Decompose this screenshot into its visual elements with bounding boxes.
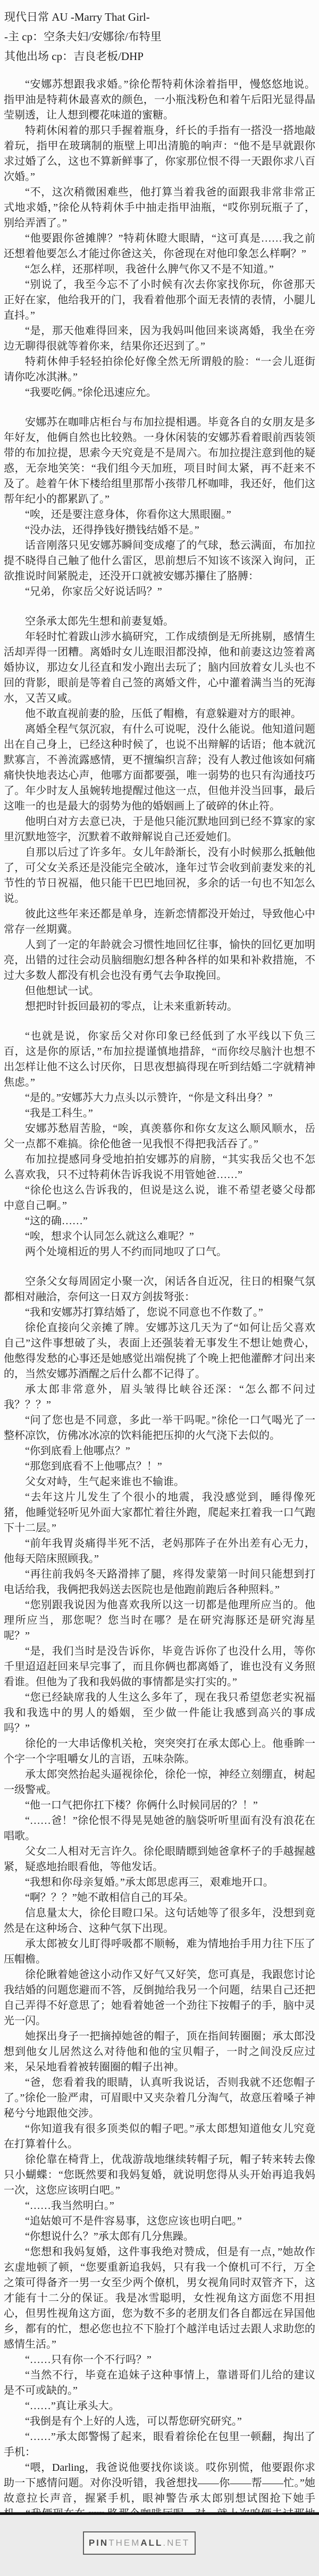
- story-paragraph: 空条父女每周固定小聚一次，闲话各自近况，往日的相聚气氛都相对融洽，奈何这一日双方…: [4, 1274, 315, 1305]
- story-paragraph: “你想说什么？”承太郎有几分焦躁。: [4, 2229, 315, 2245]
- story-paragraph: 承太郎被女儿盯得呼吸都不顺畅，难为情地抬手用力往下压了压帽檐。: [4, 1937, 315, 1967]
- story-paragraph: “……我当然明白。”: [4, 2198, 315, 2214]
- story-paragraph: “没办法，还得挣钱好攒钱结婚不是。”: [4, 523, 315, 538]
- story-paragraph: 彼此这些年来还都是单身，连新恋情都没开始过，导致他心中常存一丝期冀。: [4, 907, 315, 937]
- story-paragraph: 特莉休伸手轻轻拍徐伦好像全然无所谓般的脸：“一会儿逛街请你吃冰淇淋。”: [4, 354, 315, 385]
- story-paragraph: “是的。”安娜苏大力点头以示赞许，“你是文科出身？”: [4, 1090, 315, 1106]
- story-paragraph: 徐伦靠在椅背上，优哉游哉地继续转帽子玩，帽子转来转去像只小蝴蝶：“您既然要和我妈…: [4, 2152, 315, 2198]
- story-paragraph: “别说了，我至今忘不了小时候有次去你家找你玩，你爸那天正好在家，他给我开的门，我…: [4, 277, 315, 323]
- story-paragraph: “你到底看上他哪点？”: [4, 1444, 315, 1459]
- story-paragraph: “唉，想求个认同怎么就这么难呢？”: [4, 1229, 315, 1244]
- story-main-cp-line: -主 cp：空条夫妇/安娜徐/布特里: [4, 27, 315, 47]
- story-paragraph: “您别跟我说因为他喜欢我所以这一切都是他理所应当的。他理所应当，那您呢？您当时在…: [4, 1598, 315, 1644]
- story-paragraph: “也就是说，你家岳父对你印象已经低到了水平线以下负三百，这是你的原话，”布加拉提…: [4, 1029, 315, 1090]
- story-paragraph: 特莉休闲着的那只手握着瓶身，纤长的手指有一搭没一搭地敲着玩，指甲在玻璃制的瓶壁上…: [4, 123, 315, 185]
- story-paragraph: “……”承太郎警惕了起来，眼看着徐伦在包里一顿翻，掏出了手机：: [4, 2429, 315, 2460]
- story-paragraph: “他一口气把你扛下楼？你俩什么时候同居的？！”: [4, 1798, 315, 1813]
- story-paragraph: 安娜苏在咖啡店柜台与布加拉提相遇。毕竟各自的女朋友是多年好友，他俩自然也比较熟。…: [4, 415, 315, 507]
- story-paragraph: “不，这次稍微困难些，他打算当着我爸的面跟我非常非常正式地求婚，”徐伦从特莉休手…: [4, 185, 315, 231]
- story-paragraph: 自那以后过了许多年。女儿年龄渐长，没有小时候那么抵触他了，可父女关系还是没能完全…: [4, 845, 315, 907]
- logo-text-all: ALL: [140, 2538, 163, 2548]
- story-paragraph: “是，我们当时是没告诉你，毕竟告诉你了也没什么用，等你千里迢迢赶回来早完事了，而…: [4, 1644, 315, 1690]
- story-paragraph: “……只有你一个不行吗？”: [4, 2352, 315, 2368]
- story-paragraph: “怎么样，还那样呗，我爸什么脾气你又不是不知道。”: [4, 262, 315, 277]
- logo-text-them: THEM: [108, 2538, 140, 2548]
- story-paragraph: “安娜苏想跟我求婚。”徐伦帮特莉休涂着指甲，慢悠悠地说。指甲油是特莉休最喜欢的颜…: [4, 77, 315, 123]
- story-paragraph: 父女对峙，生气起来谁也不输谁。: [4, 1474, 315, 1490]
- story-paragraph: “兄弟，你家岳父好说话吗？”: [4, 584, 315, 600]
- story-paragraph: “啊？？？”她不敢相信自己的耳朵。: [4, 1890, 315, 1906]
- story-paragraph: 信息量太大，徐伦目瞪口呆。这句话她等了很多年，没想到竟然是在这种场合、这种气氛下…: [4, 1906, 315, 1937]
- story-paragraph: “当然不行，毕竟在追妹子这种事情上，靠谱哥们儿给的建议是不可或缺的。”: [4, 2368, 315, 2399]
- section-break: [4, 1260, 315, 1274]
- story-paragraph: 两个处境相近的男人不约而同地叹了口气。: [4, 1244, 315, 1260]
- story-paragraph: “喂，Darling，我爸说他要找你谈谈。哎你别慌，他要跟你求助一下感情问题。对…: [4, 2460, 315, 2512]
- story-paragraph: “那您到底看不上他哪点？！”: [4, 1459, 315, 1474]
- story-paragraph: 但他想试一试。: [4, 984, 315, 999]
- story-paragraph: “是，那天他难得回来，因为我妈叫他回来谈离婚，我坐在旁边无聊得很就等着你来，结果…: [4, 323, 315, 354]
- story-paragraph: 徐伦的一大串话像机关枪，突突突打在承太郎心上。他垂眸一个字一个字咀嚼女儿的言语，…: [4, 1736, 315, 1767]
- document-page: 现代日常 AU -Marry That Girl- -主 cp：空条夫妇/安娜徐…: [0, 0, 319, 2576]
- story-paragraph: “……爸！”徐伦恨不得晃晃她爸的脑袋听听里面有没有浪花在唱歌。: [4, 1813, 315, 1844]
- story-paragraph: 想把时针扳回最初的零点，让未来重新转动。: [4, 999, 315, 1014]
- story-paragraph: 话音刚落只见安娜苏瞬间变成瘪了的气球，愁云满面，布加拉提不晓得自己触了他什么雷区…: [4, 538, 315, 584]
- story-paragraph: 空条承太郎先生想和前妻复婚。: [4, 614, 315, 629]
- logo-text-pin: PIN: [89, 2538, 108, 2548]
- story-paragraph: “我和安娜苏打算结婚了，您说不同意也不作数了。”: [4, 1305, 315, 1320]
- story-paragraph: 他明白对方去意已决，于是他只能沉默地回到已经不算家的家里沉默地签字，沉默着不敢辩…: [4, 814, 315, 845]
- story-paragraph: 年轻时忙着跋山涉水搞研究，工作成绩倒是无所挑剔，感情生活却弄得一团糟。离婚时女儿…: [4, 629, 315, 706]
- logo-text-net: .NET: [163, 2538, 190, 2548]
- story-paragraph: 人到了一定的年龄就会习惯性地回忆往事，愉快的回忆更加明亮，出错的过往会动员脑细胞…: [4, 937, 315, 984]
- story-other-cp-line: 其他出场 cp：吉良老板/DHP: [4, 47, 315, 66]
- story-paragraph: “再往前我妈冬天路滑摔了腿，疼得发蒙第一时间只能想到打电话给我，我俩把我妈送去医…: [4, 1567, 315, 1598]
- story-paragraph: 徐伦直接向父亲摊了牌。安娜苏这几天为了“如何让岳父喜欢自己”这件事想破了头，表面…: [4, 1320, 315, 1382]
- section-break: [4, 1014, 315, 1029]
- story-paragraph: 离婚全程气氛沉寂，有什么可说呢，没什么能说。他知道问题出在自己身上，已经这种时候…: [4, 722, 315, 814]
- story-paragraph: 父女二人相对无言许久。徐伦眼睛瞟到她爸拿杯子的手越握越紧，疑惑地抬眼看他，等他发…: [4, 1844, 315, 1875]
- story-title: 现代日常 AU -Marry That Girl-: [4, 7, 315, 27]
- pinthemall-watermark-logo[interactable]: PINTHEMALL.NET: [83, 2531, 196, 2555]
- story-paragraph: “追姑娘可不是件容易事，这您应该也明白吧。”: [4, 2214, 315, 2229]
- story-paragraph: “我是工科生。”: [4, 1106, 315, 1121]
- section-break: [4, 400, 315, 415]
- story-paragraph: “唉，还是要注意身体，你看你这大黑眼圈。”: [4, 507, 315, 523]
- story-paragraph: 安娜苏愁眉苦脸，“唉，真羡慕你和你女友这么顺风顺水，岳父一点都不难搞。徐伦他爸一…: [4, 1121, 315, 1152]
- story-paragraph: “你知道我有很多顶类似的帽子吧。”承太郎想知道他女儿究竟在打算着什么。: [4, 2121, 315, 2152]
- section-break: [4, 600, 315, 614]
- story-paragraph: “徐伦也这么告诉我的，但说是这么说，谁不希望老婆父母都中意自己啊。”: [4, 1183, 315, 1214]
- story-paragraph: “去年这片儿发生了个很小的地震，我没感觉到，睡得像死猪，他睡觉轻听见外面大家都忙…: [4, 1490, 315, 1536]
- story-paragraph: 承太郎突然抬起头逼视徐伦，徐伦一惊，神经立刻绷直，树起一级警戒。: [4, 1767, 315, 1798]
- story-paragraph: “您想和我妈复婚，这件事我绝对赞成，但是有一点，”她故作玄虚地顿了顿，“您要重新…: [4, 2245, 315, 2352]
- story-paragraph: 她探出身子一把摘掉她爸的帽子，顶在指间转圈圈；承太郎没想到他女儿居然这么对待他和…: [4, 2029, 315, 2075]
- story-paragraph: 他不敢直视前妻的脸，压低了帽檐，有意躲避对方的眼神。: [4, 706, 315, 722]
- story-paragraph: “爸，您看着我的眼睛，认真听我说话，否则我就不还您帽子了。”徐伦一脸严肃，可眉眼…: [4, 2075, 315, 2121]
- story-paragraph: “问了您也是不同意，多此一举干吗呢。”徐伦一口气喝光了一整杯凉饮，仿佛冰冰凉的饮…: [4, 1413, 315, 1444]
- story-paragraph: “我倒是有个上好的人选，可以帮您研究研究。”: [4, 2414, 315, 2429]
- story-paragraph: “这的确……”: [4, 1214, 315, 1229]
- story-paragraph: “前年我胃炎痛得半死不活，老妈那阵子在外出差有心无力，他每天陪床照顾我。”: [4, 1536, 315, 1567]
- story-paragraph: 布加拉提感同身受地拍拍安娜苏的肩膀，“其实我岳父也不怎么喜欢我，只不过特莉休告诉…: [4, 1152, 315, 1183]
- story-paragraph: 徐伦瞅着她爸这小动作又好气又好笑，您可真是，我跟您讨论我结婚的问题您避而不答，反…: [4, 1967, 315, 2029]
- story-paragraph: “我想和你母亲复婚。”承太郎思虑再三，艰难地开口。: [4, 1875, 315, 1890]
- watermark-footer: PINTHEMALL.NET: [0, 2515, 319, 2576]
- story-paragraph: “他要跟你爸摊牌？”特莉休瞪大眼睛，“这可真是……我之前还想着他要怎么才能过你爸…: [4, 231, 315, 262]
- story-paragraph: “我要吃俩。”徐伦迅速应允。: [4, 385, 315, 400]
- story-paragraph: “您已经缺席我的人生这么多年了，现在我只希望您老实祝福我和我选中的男人的婚姻，至…: [4, 1690, 315, 1736]
- story-body: “安娜苏想跟我求婚。”徐伦帮特莉休涂着指甲，慢悠悠地说。指甲油是特莉休最喜欢的颜…: [0, 66, 319, 2512]
- story-paragraph: 承太郎非常意外，眉头皱得比峡谷还深：“怎么都不问过我？？？”: [4, 1382, 315, 1413]
- story-paragraph: “……”真让承头大。: [4, 2399, 315, 2414]
- story-header: 现代日常 AU -Marry That Girl- -主 cp：空条夫妇/安娜徐…: [0, 0, 319, 66]
